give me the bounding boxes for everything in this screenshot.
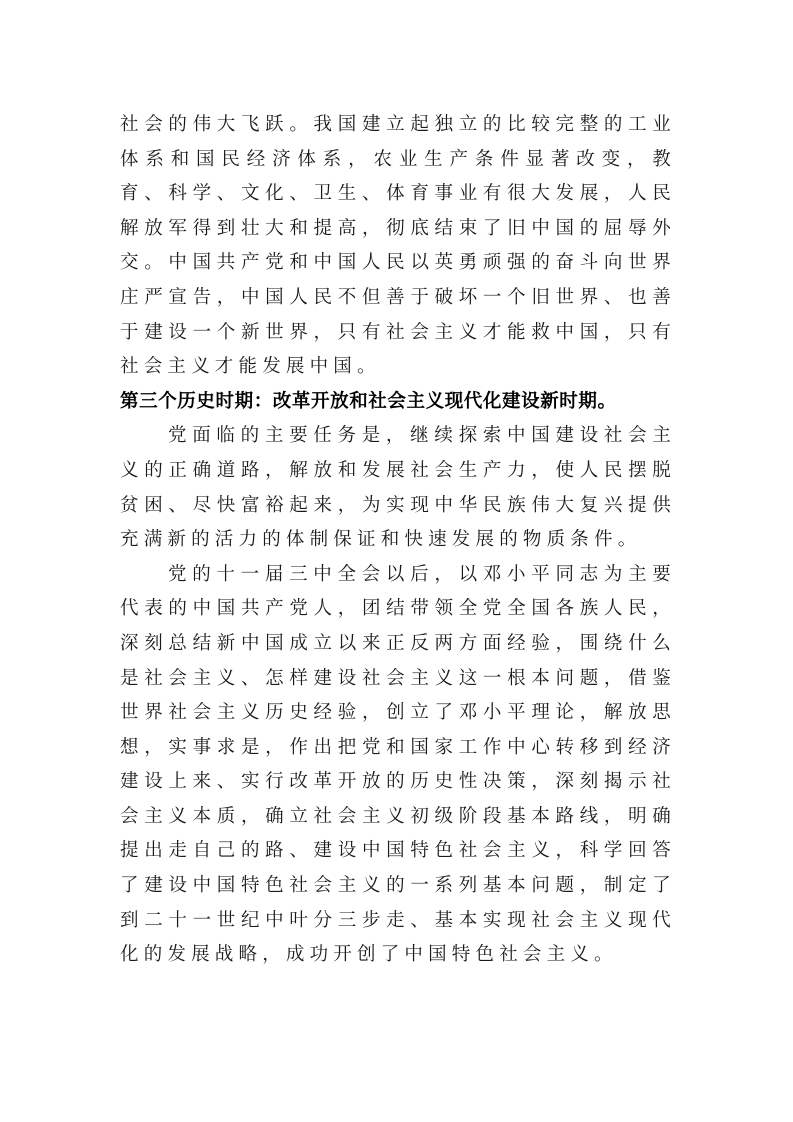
document-page: 社会的伟大飞跃。我国建立起独立的比较完整的工业体系和国民经济体系，农业生产条件显…	[120, 108, 676, 973]
paragraph-continuation: 社会的伟大飞跃。我国建立起独立的比较完整的工业体系和国民经济体系，农业生产条件显…	[120, 108, 676, 385]
section-heading: 第三个历史时期：改革开放和社会主义现代化建设新时期。	[120, 385, 676, 420]
paragraph-main-task: 党面临的主要任务是，继续探索中国建设社会主义的正确道路，解放和发展社会生产力，使…	[120, 419, 676, 557]
paragraph-deng-xiaoping-theory: 党的十一届三中全会以后，以邓小平同志为主要代表的中国共产党人，团结带领全党全国各…	[120, 558, 676, 973]
